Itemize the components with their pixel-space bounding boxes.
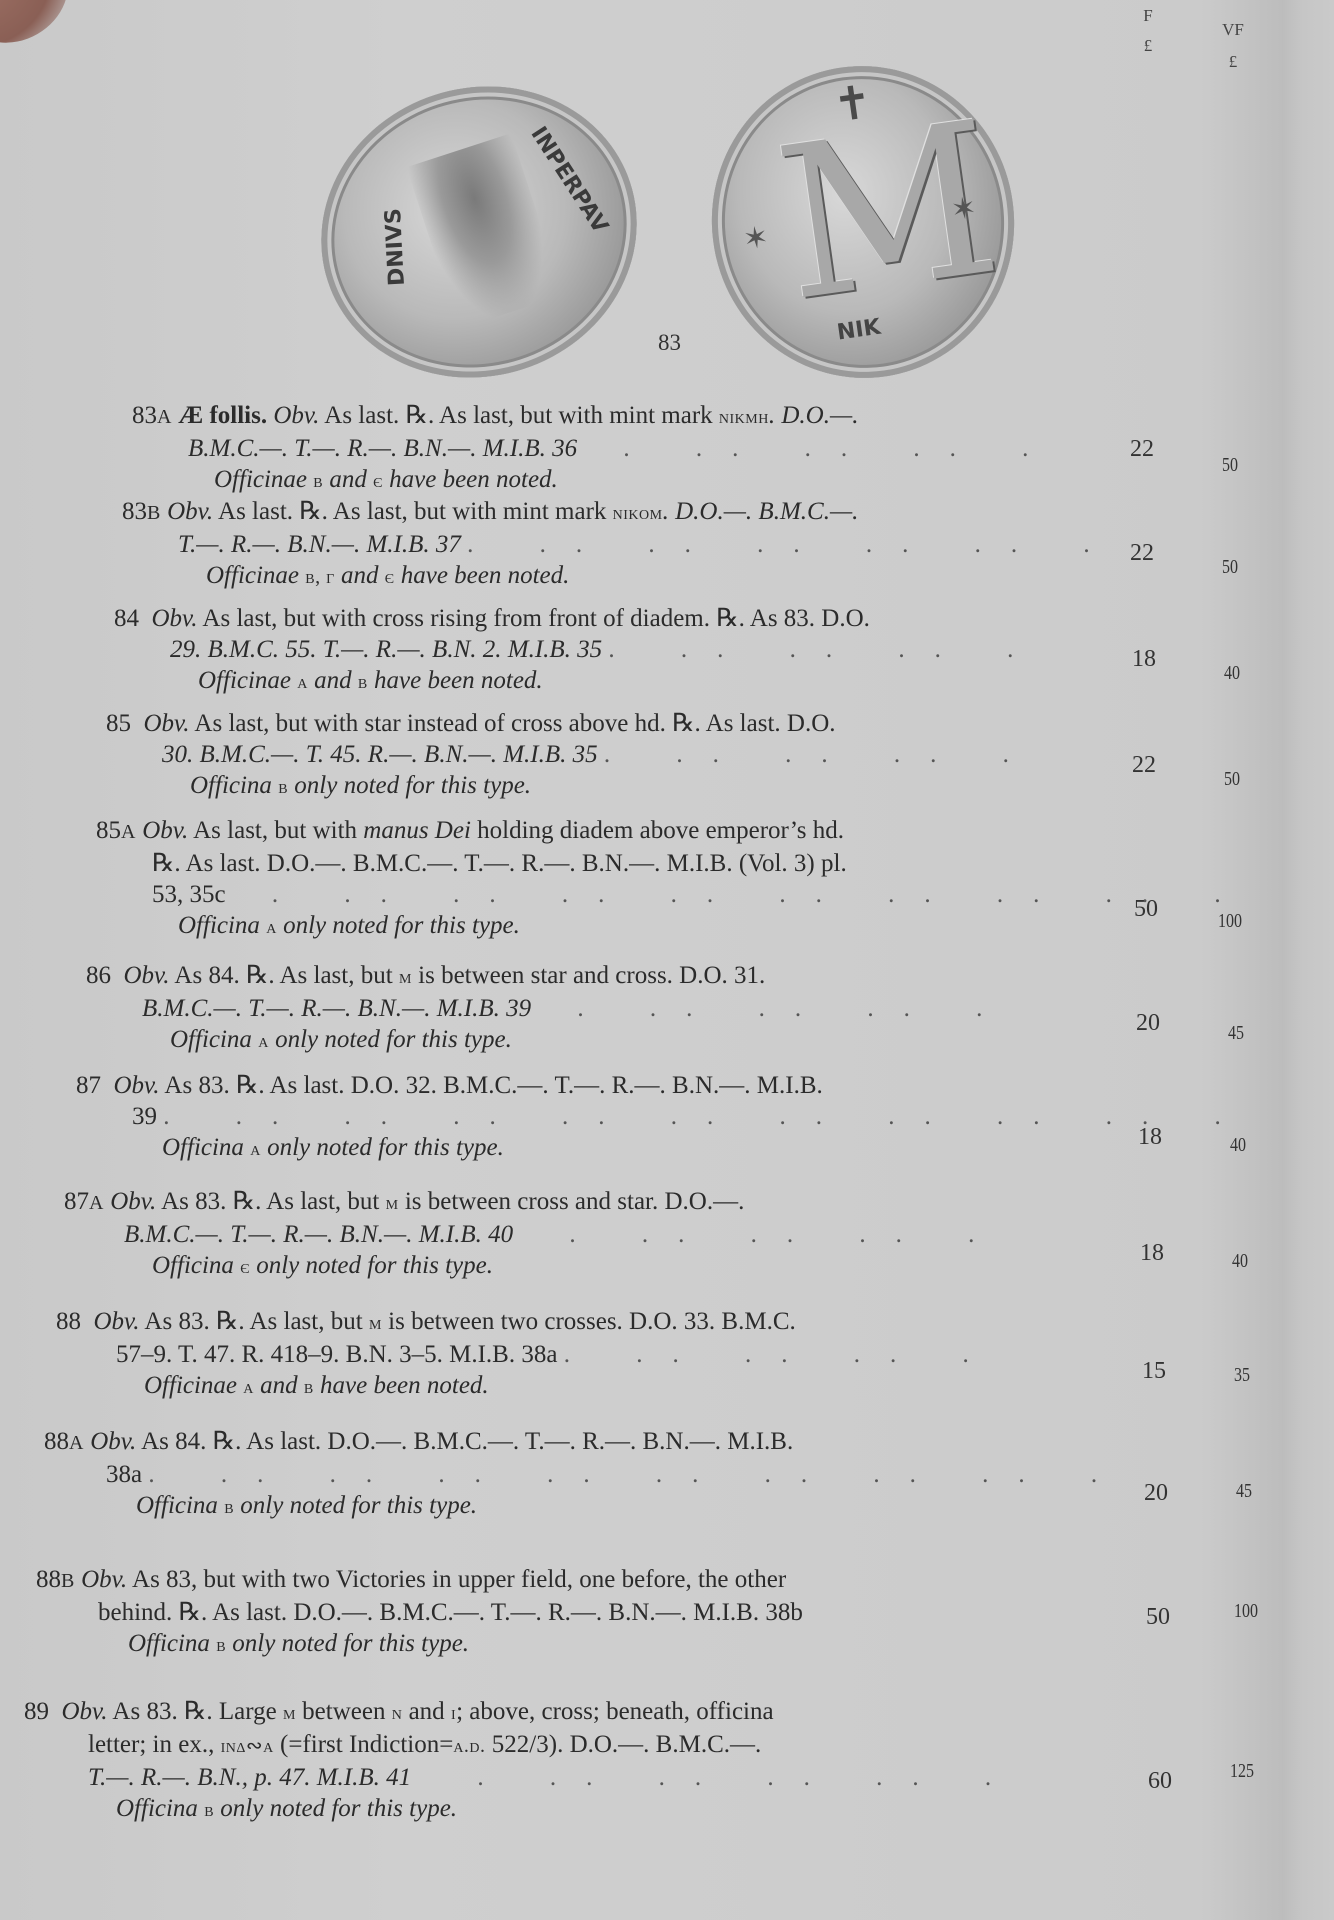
- entry-number: 83A: [132, 402, 172, 429]
- price-f: 50: [1128, 1604, 1188, 1631]
- coin-obverse-image: DNIVS INPERPAV: [283, 46, 674, 418]
- star-icon: ✶: [949, 190, 979, 228]
- column-header-fine: F £: [1128, 6, 1168, 56]
- entry-number: 87A: [64, 1188, 104, 1215]
- catalogue-entry-86: 86 Obv. As 84. ℞. As last, but m is betw…: [86, 960, 1012, 1057]
- star-icon: ✶: [741, 219, 771, 257]
- catalogue-entry-85a: 85A Obv. As last, but with manus Dei hol…: [96, 815, 1251, 943]
- emperor-bust: [406, 133, 563, 329]
- entry-number: 89: [24, 1698, 49, 1725]
- price-vf: 40: [1216, 1250, 1264, 1273]
- catalogue-entry-87: 87 Obv. As 83. ℞. As last. D.O. 32. B.M.…: [76, 1070, 1251, 1165]
- catalogue-entry-83a: 83A Æ follis. Obv. As last. ℞. As last, …: [132, 400, 1058, 497]
- price-vf: 50: [1206, 556, 1254, 579]
- column-vf-currency: £: [1208, 52, 1258, 72]
- catalogue-entry-85: 85 Obv. As last, but with star instead o…: [106, 708, 1039, 803]
- entry-number: 85: [106, 710, 131, 737]
- catalogue-entry-88a: 88A Obv. As 84. ℞. As last. D.O.—. B.M.C…: [44, 1426, 1127, 1523]
- entry-number: 88B: [36, 1566, 75, 1593]
- price-vf: 50: [1208, 768, 1256, 791]
- reverse-exergue-mint: NIK: [835, 315, 882, 346]
- entry-number: 87: [76, 1072, 101, 1099]
- reverse-large-m: M: [768, 106, 954, 326]
- obverse-legend-left: DNIVS: [381, 208, 410, 287]
- price-f: 50: [1116, 896, 1176, 923]
- price-f: 18: [1122, 1240, 1182, 1267]
- catalogue-entry-88b: 88B Obv. As 83, but with two Victories i…: [36, 1564, 803, 1661]
- column-f-label: F: [1128, 6, 1168, 26]
- entry-number: 88: [56, 1308, 81, 1335]
- column-vf-label: VF: [1208, 20, 1258, 40]
- entry-number: 85A: [96, 817, 136, 844]
- price-f: 20: [1126, 1480, 1186, 1507]
- catalogue-entry-87a: 87A Obv. As 83. ℞. As last, but m is bet…: [64, 1186, 1004, 1283]
- price-vf: 50: [1206, 454, 1254, 477]
- column-header-very-fine: VF £: [1208, 20, 1258, 72]
- entry-number: 86: [86, 962, 111, 989]
- entry-number: 83B: [122, 498, 161, 525]
- price-f: 18: [1120, 1124, 1180, 1151]
- price-f: 22: [1114, 752, 1174, 779]
- plate-number: 83: [658, 330, 681, 356]
- price-f: 22: [1112, 436, 1172, 463]
- price-f: 20: [1118, 1010, 1178, 1037]
- price-vf: 40: [1208, 662, 1256, 685]
- price-vf: 40: [1214, 1134, 1262, 1157]
- catalogue-entry-84: 84 Obv. As last, but with cross rising f…: [114, 603, 1043, 698]
- price-vf: 45: [1220, 1480, 1268, 1503]
- price-vf: 100: [1222, 1600, 1270, 1623]
- entry-number: 84: [114, 605, 139, 632]
- price-f: 60: [1130, 1768, 1190, 1795]
- catalogue-entry-89: 89 Obv. As 83. ℞. Large m between n and …: [24, 1696, 1021, 1826]
- price-f: 15: [1124, 1358, 1184, 1385]
- price-vf: 45: [1212, 1022, 1260, 1045]
- price-f: 18: [1114, 646, 1174, 673]
- price-f: 22: [1112, 540, 1172, 567]
- catalogue-entry-83b: 83B Obv. As last. ℞. As last, but with m…: [122, 496, 1120, 593]
- photographer-finger: [0, 0, 85, 61]
- coin-reverse-image: M ✝ ✶ ✶ NIK: [692, 47, 1034, 398]
- price-vf: 125: [1218, 1760, 1266, 1783]
- book-gutter-shadow: [1282, 0, 1334, 1920]
- column-f-currency: £: [1128, 36, 1168, 56]
- entry-number: 88A: [44, 1428, 84, 1455]
- cross-icon: ✝: [830, 74, 876, 133]
- catalogue-entry-88: 88 Obv. As 83. ℞. As last, but m is betw…: [56, 1306, 999, 1403]
- price-vf: 100: [1206, 910, 1254, 933]
- price-vf: 35: [1218, 1364, 1266, 1387]
